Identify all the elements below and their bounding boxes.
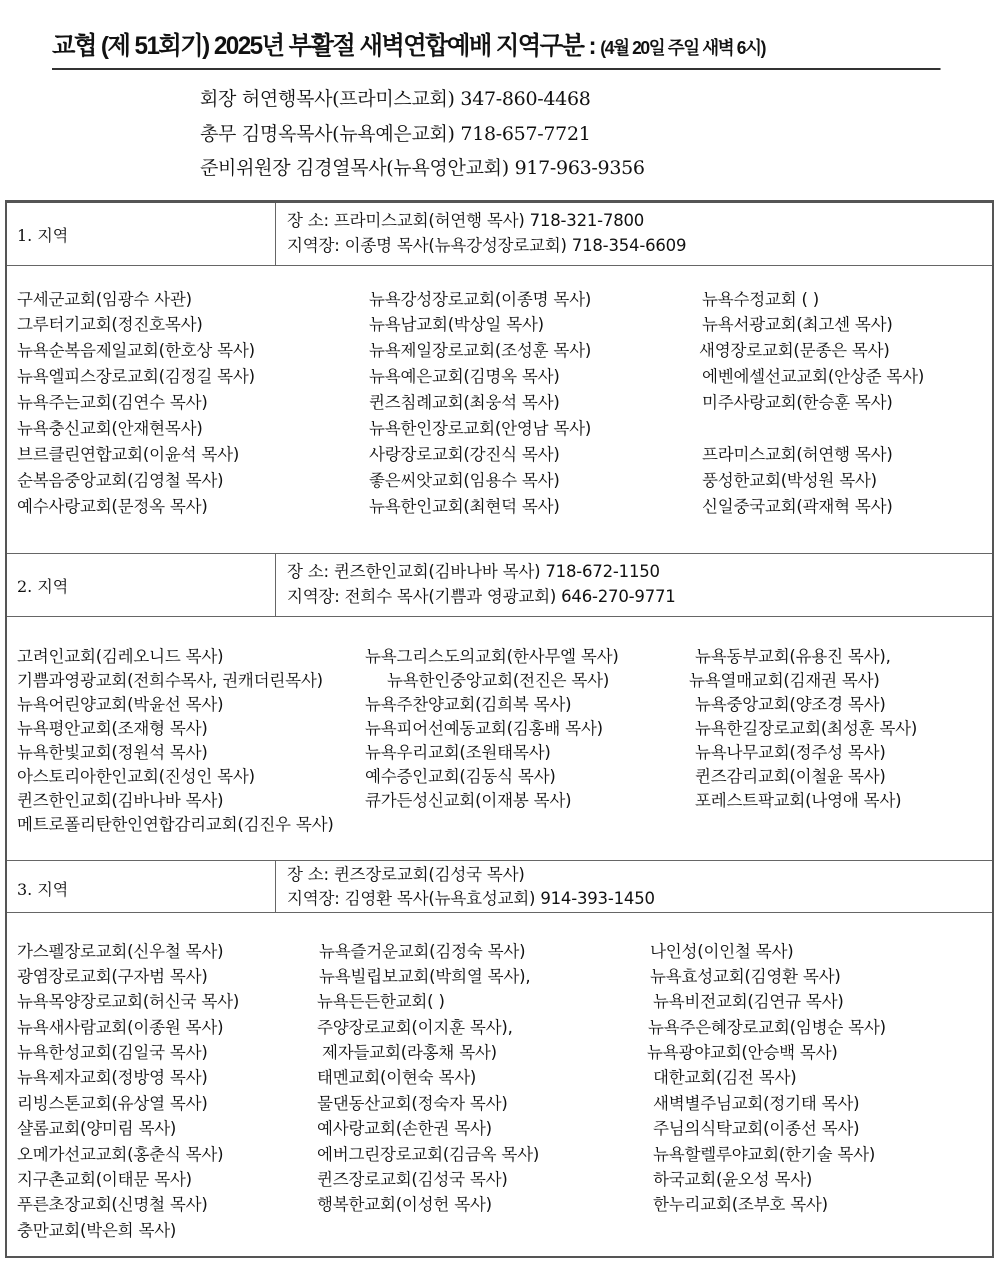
officer-committee-chair: 준비위원장 김경열목사(뉴욕영안교회) 917-963-9356	[200, 153, 645, 180]
church-item: 뉴욕한인중앙교회(전진은 목사)	[387, 669, 609, 693]
column-divider	[275, 203, 276, 265]
church-item: 뉴욕주찬양교회(김희복 목사)	[365, 693, 571, 717]
church-item: 뉴욕새사람교회(이종원 목사)	[17, 1016, 223, 1040]
church-item: 뉴욕충신교회(안재현목사)	[17, 417, 203, 441]
church-item: 뉴욕예은교회(김명옥 목사)	[369, 365, 560, 389]
church-item: 뉴욕남교회(박상일 목사)	[369, 313, 544, 337]
region-1-label: 1. 지역	[17, 223, 68, 246]
region-3-header: 3. 지역 장 소: 퀸즈장로교회(김성국 목사) 지역장: 김영환 목사(뉴욕…	[7, 860, 992, 913]
region-1-header: 1. 지역 장 소: 프라미스교회(허연행 목사) 718-321-7800 지…	[7, 203, 992, 266]
church-item: 좋은씨앗교회(임용수 목사)	[369, 469, 560, 493]
region-2-header: 2. 지역 장 소: 퀸즈한인교회(김바나바 목사) 718-672-1150 …	[7, 553, 992, 617]
column-divider	[275, 861, 276, 912]
church-item: 뉴욕주는교회(김연수 목사)	[17, 391, 208, 415]
church-item: 제자들교회(라홍채 목사)	[322, 1041, 497, 1065]
church-item: 뉴욕나무교회(정주성 목사)	[695, 741, 886, 765]
church-item: 주양장로교회(이지훈 목사),	[317, 1016, 513, 1040]
church-item: 뉴욕한인교회(최현덕 목사)	[369, 495, 560, 519]
region-3-venue: 장 소: 퀸즈장로교회(김성국 목사)	[287, 863, 525, 887]
church-item: 순복음중앙교회(김영철 목사)	[17, 469, 223, 493]
church-item: 아스토리아한인교회(진성인 목사)	[17, 765, 255, 789]
church-item: 물댄동산교회(정숙자 목사)	[317, 1092, 508, 1116]
church-item: 뉴욕제일장로교회(조성훈 목사)	[369, 339, 591, 363]
church-item: 뉴욕수정교회 ( )	[702, 288, 819, 312]
church-item: 뉴욕서광교회(최고센 목사)	[702, 313, 893, 337]
church-item: 메트로폴리탄한인연합감리교회(김진우 목사)	[17, 813, 334, 837]
church-item: 광염장로교회(구자범 목사)	[17, 965, 208, 989]
church-item: 뉴욕우리교회(조원태목사)	[365, 741, 551, 765]
church-item: 에벤에셀선교교회(안상준 목사)	[702, 365, 924, 389]
church-item: 뉴욕엘피스장로교회(김정길 목사)	[17, 365, 255, 389]
church-item: 뉴욕순복음제일교회(한호상 목사)	[17, 339, 255, 363]
region-3-label: 3. 지역	[17, 877, 68, 900]
church-item: 뉴욕강성장로교회(이종명 목사)	[369, 288, 591, 312]
church-item: 포레스트팍교회(나영애 목사)	[695, 789, 901, 813]
church-item: 오메가선교교회(홍춘식 목사)	[17, 1143, 223, 1167]
church-item: 예수사랑교회(문정옥 목사)	[17, 495, 208, 519]
church-item: 푸른초장교회(신명철 목사)	[17, 1193, 208, 1217]
church-item: 뉴욕즐거운교회(김정숙 목사)	[319, 940, 525, 964]
church-item: 그루터기교회(정진호목사)	[17, 313, 203, 337]
church-item: 하국교회(윤오성 목사)	[653, 1168, 812, 1192]
church-item: 구세군교회(임광수 사관)	[17, 288, 192, 312]
region-table: 1. 지역 장 소: 프라미스교회(허연행 목사) 718-321-7800 지…	[5, 200, 994, 1258]
region-3-leader: 지역장: 김영환 목사(뉴욕효성교회) 914-393-1450	[287, 887, 655, 911]
church-item: 예수증인교회(김동식 목사)	[365, 765, 556, 789]
officer-president: 회장 허연행목사(프라미스교회) 347-860-4468	[200, 84, 591, 111]
church-item: 뉴욕한길장로교회(최성훈 목사)	[695, 717, 917, 741]
officer-secretary: 총무 김명옥목사(뉴욕예은교회) 718-657-7721	[200, 119, 591, 146]
church-item: 퀸즈한인교회(김바나바 목사)	[17, 789, 223, 813]
church-item: 뉴욕어린양교회(박윤선 목사)	[17, 693, 223, 717]
church-item: 뉴욕한성교회(김일국 목사)	[17, 1041, 208, 1065]
church-item: 퀸즈장로교회(김성국 목사)	[317, 1168, 508, 1192]
church-item: 리빙스톤교회(유상열 목사)	[17, 1092, 208, 1116]
church-item: 샬롬교회(양미림 목사)	[17, 1117, 176, 1141]
church-item: 신일중국교회(곽재혁 목사)	[702, 495, 893, 519]
region-2-venue: 장 소: 퀸즈한인교회(김바나바 목사) 718-672-1150	[287, 560, 660, 584]
church-item: 미주사랑교회(한승훈 목사)	[702, 391, 893, 415]
church-item: 뉴욕평안교회(조재형 목사)	[17, 717, 208, 741]
church-item: 행복한교회(이성헌 목사)	[317, 1193, 492, 1217]
column-divider	[275, 554, 276, 616]
church-item: 사랑장로교회(강진식 목사)	[369, 443, 560, 467]
church-item: 주님의식탁교회(이종선 목사)	[653, 1117, 859, 1141]
church-item: 풍성한교회(박성원 목사)	[702, 469, 877, 493]
church-item: 뉴욕동부교회(유용진 목사),	[695, 645, 891, 669]
church-item: 뉴욕할렐루야교회(한기술 목사)	[653, 1143, 875, 1167]
region-1-venue: 장 소: 프라미스교회(허연행 목사) 718-321-7800	[287, 209, 644, 233]
church-item: 뉴욕빌립보교회(박희열 목사),	[319, 965, 530, 989]
church-item: 뉴욕목양장로교회(허신국 목사)	[17, 990, 239, 1014]
title-date: (4월 20일 주일 새벽 6시)	[600, 38, 765, 58]
church-item: 예사랑교회(손한권 목사)	[317, 1117, 492, 1141]
church-item: 뉴욕광야교회(안승백 목사)	[647, 1041, 838, 1065]
church-item: 뉴욕효성교회(김영환 목사)	[650, 965, 841, 989]
church-item: 큐가든성신교회(이재봉 목사)	[365, 789, 571, 813]
church-item: 프라미스교회(허연행 목사)	[702, 443, 893, 467]
church-item: 뉴욕든든한교회( )	[317, 990, 445, 1014]
church-item: 뉴욕제자교회(정방영 목사)	[17, 1066, 208, 1090]
church-item: 뉴욕주은혜장로교회(임병순 목사)	[648, 1016, 886, 1040]
page-title: 교협 (제 51회기) 2025년 부활절 새벽연합예배 지역구분 : (4월 …	[52, 28, 941, 70]
church-item: 뉴욕열매교회(김재권 목사)	[689, 669, 880, 693]
church-item: 에버그린장로교회(김금옥 목사)	[317, 1143, 539, 1167]
title-main: 교협 (제 51회기) 2025년 부활절 새벽연합예배 지역구분 :	[52, 32, 600, 60]
church-item: 새영장로교회(문종은 목사)	[699, 339, 890, 363]
church-item: 기쁨과영광교회(전희수목사, 권캐더린목사)	[17, 669, 323, 693]
church-item: 브르클린연합교회(이윤석 목사)	[17, 443, 239, 467]
church-item: 뉴욕중앙교회(양조경 목사)	[695, 693, 886, 717]
church-item: 고려인교회(김레오니드 목사)	[17, 645, 223, 669]
church-item: 뉴욕그리스도의교회(한사무엘 목사)	[365, 645, 619, 669]
region-2-label: 2. 지역	[17, 574, 68, 597]
church-item: 새벽별주님교회(정기태 목사)	[653, 1092, 859, 1116]
church-item: 퀸즈감리교회(이철윤 목사)	[695, 765, 886, 789]
church-item: 대한교회(김전 목사)	[653, 1066, 796, 1090]
church-item: 퀸즈침례교회(최웅석 목사)	[369, 391, 560, 415]
church-item: 뉴욕한인장로교회(안영남 목사)	[369, 417, 591, 441]
region-2-leader: 지역장: 전희수 목사(기쁨과 영광교회) 646-270-9771	[287, 585, 676, 609]
church-item: 지구촌교회(이태문 목사)	[17, 1168, 192, 1192]
church-item: 가스펠장로교회(신우철 목사)	[17, 940, 223, 964]
church-item: 한누리교회(조부호 목사)	[653, 1193, 828, 1217]
church-item: 뉴욕한빛교회(정원석 목사)	[17, 741, 208, 765]
church-item: 충만교회(박은희 목사)	[17, 1219, 176, 1243]
church-item: 뉴욕비전교회(김연규 목사)	[653, 990, 844, 1014]
region-1-leader: 지역장: 이종명 목사(뉴욕강성장로교회) 718-354-6609	[287, 234, 686, 258]
church-item: 뉴욕피어선예동교회(김홍배 목사)	[365, 717, 603, 741]
church-item: 태멘교회(이현숙 목사)	[317, 1066, 476, 1090]
church-item: 나인성(이인철 목사)	[650, 940, 793, 964]
